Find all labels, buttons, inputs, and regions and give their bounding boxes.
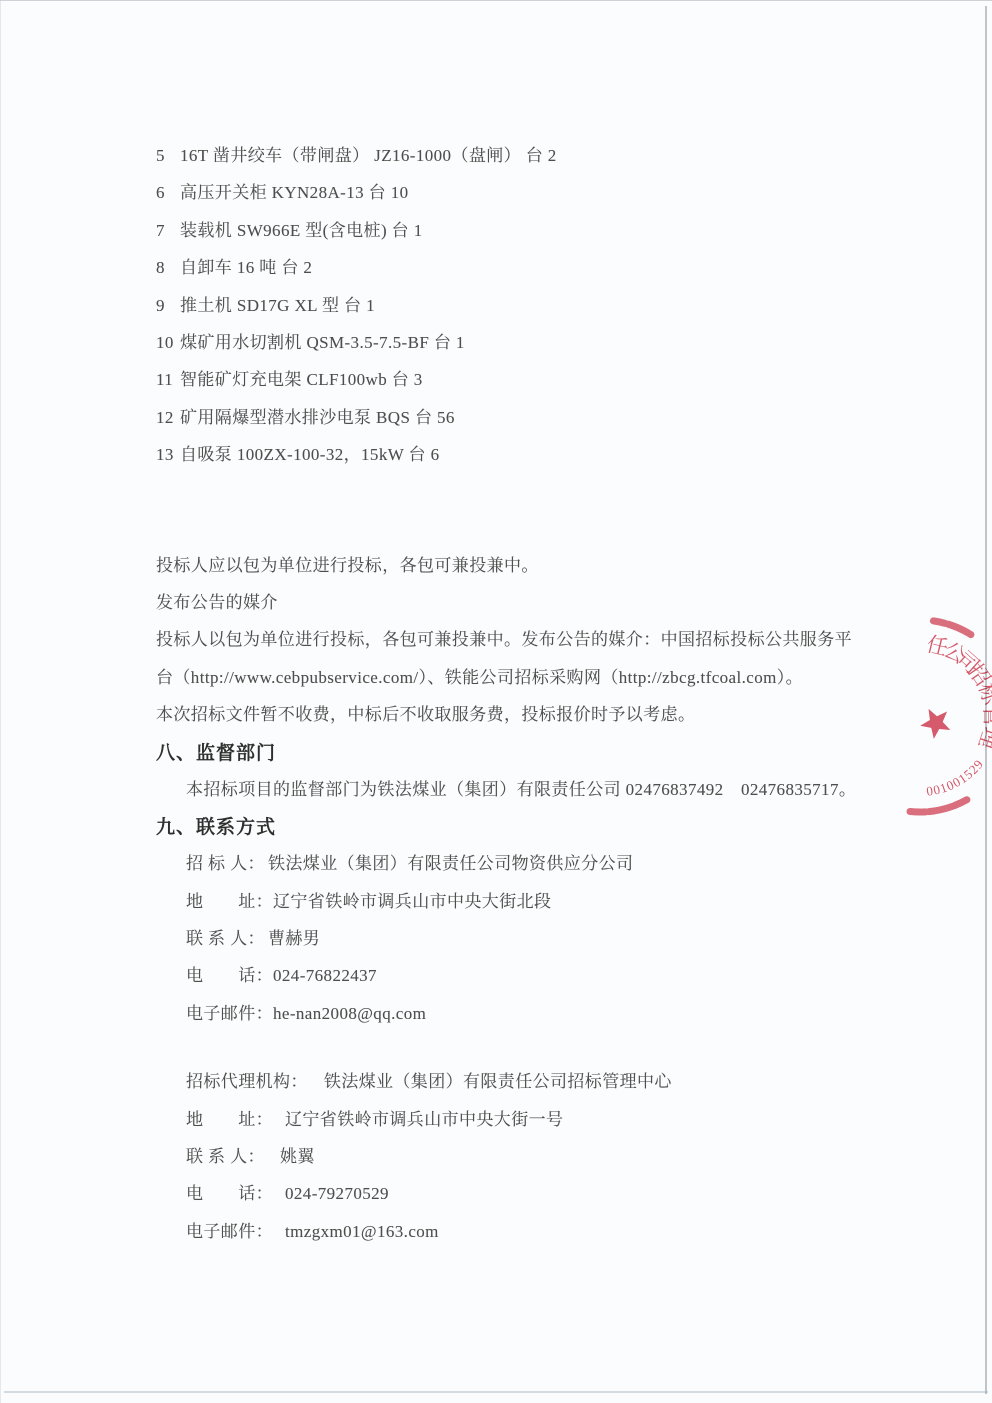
document-page: 516T 凿井绞车（带闸盘） JZ16-1000（盘闸） 台 2 6高压开关柜 … [0, 0, 992, 1403]
contact-value: tmzgxm01@163.com [285, 1222, 439, 1241]
contact-value: 曹赫男 [268, 929, 320, 948]
contact-value: 铁法煤业（集团）有限责任公司物资供应分公司 [268, 854, 633, 873]
item-description: 高压开关柜 KYN28A-13 台 10 [180, 183, 409, 202]
contact-row-person: 联 系 人：姚翼 [186, 1138, 992, 1175]
contact-label: 联 系 人： [186, 1138, 268, 1175]
item-number: 13 [156, 436, 180, 473]
item-description: 推土机 SD17G XL 型 台 1 [180, 296, 375, 315]
notice-line: 发布公告的媒介 [156, 584, 992, 621]
contact-value: 辽宁省铁岭市调兵山市中央大街一号 [285, 1110, 563, 1129]
bidding-notice: 投标人应以包为单位进行投标，各包可兼投兼中。 发布公告的媒介 投标人以包为单位进… [156, 547, 992, 734]
contact-row-phone: 电 话：024-76822437 [186, 957, 992, 994]
equipment-item: 6高压开关柜 KYN28A-13 台 10 [156, 174, 992, 211]
item-number: 5 [156, 137, 180, 174]
contact-row-person: 联 系 人：曹赫男 [186, 920, 992, 957]
contact-label: 电子邮件： [186, 995, 273, 1032]
item-number: 7 [156, 212, 180, 249]
item-number: 12 [156, 399, 180, 436]
contact-value: he-nan2008@qq.com [273, 1004, 426, 1023]
contact-row-tenderer: 招 标 人：铁法煤业（集团）有限责任公司物资供应分公司 [186, 845, 992, 882]
item-number: 8 [156, 249, 180, 286]
equipment-item: 7装载机 SW966E 型(含电桩) 台 1 [156, 212, 992, 249]
notice-line: 投标人应以包为单位进行投标，各包可兼投兼中。 [156, 547, 992, 584]
equipment-item: 516T 凿井绞车（带闸盘） JZ16-1000（盘闸） 台 2 [156, 137, 992, 174]
item-description: 自卸车 16 吨 台 2 [180, 258, 312, 277]
agency-contact-block: 招标代理机构：铁法煤业（集团）有限责任公司招标管理中心 地 址：辽宁省铁岭市调兵… [156, 1063, 992, 1250]
item-number: 6 [156, 174, 180, 211]
contact-row-agency: 招标代理机构：铁法煤业（集团）有限责任公司招标管理中心 [186, 1063, 992, 1100]
contact-label: 电 话： [186, 1175, 273, 1212]
contact-row-address: 地 址：辽宁省铁岭市调兵山市中央大街一号 [186, 1101, 992, 1138]
notice-line: 本次招标文件暂不收费，中标后不收取服务费，投标报价时予以考虑。 [156, 696, 992, 733]
contact-value: 024-76822437 [273, 966, 377, 985]
contact-label: 招 标 人： [186, 845, 268, 882]
page-edge-bottom [4, 1391, 988, 1393]
contact-label: 地 址： [186, 1101, 273, 1138]
contact-row-address: 地 址：辽宁省铁岭市调兵山市中央大街北段 [186, 883, 992, 920]
equipment-item: 8自卸车 16 吨 台 2 [156, 249, 992, 286]
contact-value: 024-79270529 [285, 1184, 389, 1203]
contact-label: 电子邮件： [186, 1213, 273, 1250]
item-description: 智能矿灯充电架 CLF100wb 台 3 [180, 370, 423, 389]
contact-value: 姚翼 [280, 1147, 315, 1166]
contact-row-email: 电子邮件：tmzgxm01@163.com [186, 1213, 992, 1250]
item-description: 自吸泵 100ZX-100-32，15kW 台 6 [180, 445, 439, 464]
notice-line: 台（http://www.cebpubservice.com/）、铁能公司招标采… [156, 659, 992, 696]
equipment-item: 9推土机 SD17G XL 型 台 1 [156, 287, 992, 324]
item-description: 16T 凿井绞车（带闸盘） JZ16-1000（盘闸） 台 2 [180, 146, 557, 165]
equipment-item: 12矿用隔爆型潜水排沙电泵 BQS 台 56 [156, 399, 992, 436]
contact-row-email: 电子邮件：he-nan2008@qq.com [186, 995, 992, 1032]
equipment-list: 516T 凿井绞车（带闸盘） JZ16-1000（盘闸） 台 2 6高压开关柜 … [156, 137, 992, 474]
section-supervision-body: 本招标项目的监督部门为铁法煤业（集团）有限责任公司 02476837492 02… [156, 771, 992, 808]
item-description: 装载机 SW966E 型(含电桩) 台 1 [180, 221, 423, 240]
item-number: 9 [156, 287, 180, 324]
contact-label: 联 系 人： [186, 920, 268, 957]
contact-value: 铁法煤业（集团）有限责任公司招标管理中心 [324, 1072, 672, 1091]
contact-label: 招标代理机构： [186, 1063, 308, 1100]
equipment-item: 10煤矿用水切割机 QSM-3.5-7.5-BF 台 1 [156, 324, 992, 361]
item-description: 矿用隔爆型潜水排沙电泵 BQS 台 56 [180, 408, 455, 427]
contact-label: 地 址： [186, 883, 273, 920]
item-number: 11 [156, 361, 180, 398]
contact-row-phone: 电 话：024-79270529 [186, 1175, 992, 1212]
notice-line: 投标人以包为单位进行投标，各包可兼投兼中。发布公告的媒介：中国招标投标公共服务平 [156, 621, 992, 658]
tenderer-contact-block: 招 标 人：铁法煤业（集团）有限责任公司物资供应分公司 地 址：辽宁省铁岭市调兵… [156, 845, 992, 1032]
contact-label: 电 话： [186, 957, 273, 994]
section-supervision-title: 八、监督部门 [156, 737, 992, 771]
equipment-item: 11智能矿灯充电架 CLF100wb 台 3 [156, 361, 992, 398]
item-description: 煤矿用水切割机 QSM-3.5-7.5-BF 台 1 [180, 333, 465, 352]
document-content: 516T 凿井绞车（带闸盘） JZ16-1000（盘闸） 台 2 6高压开关柜 … [0, 0, 992, 1250]
section-contact-title: 九、联系方式 [156, 811, 992, 845]
contact-value: 辽宁省铁岭市调兵山市中央大街北段 [273, 892, 551, 911]
equipment-item: 13自吸泵 100ZX-100-32，15kW 台 6 [156, 436, 992, 473]
item-number: 10 [156, 324, 180, 361]
